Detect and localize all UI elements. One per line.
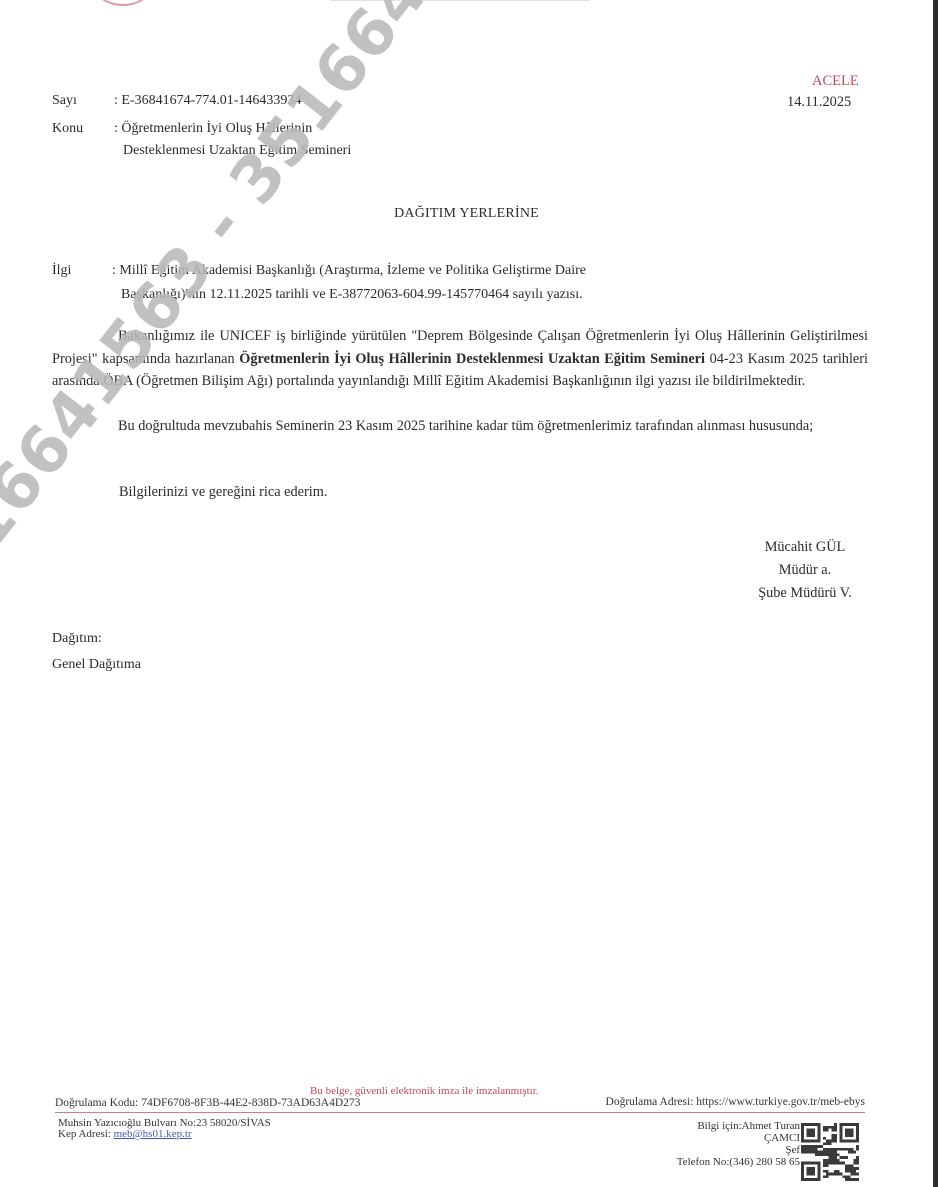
paragraph-2-text: Bu doğrultuda mevzubahis Seminerin 23 Ka…	[118, 418, 813, 434]
kep-label: Kep Adresi:	[58, 1128, 114, 1140]
seminar-title: Öğretmenlerin İyi Oluş Hâllerinin Destek…	[239, 351, 705, 367]
contact-phone: Telefon No:(346) 280 58 65	[677, 1156, 800, 1168]
kep-address: Kep Adresi: meb@hs01.kep.tr	[58, 1129, 192, 1140]
ilgi-label: İlgi	[52, 263, 71, 279]
header-text-cropped	[330, 0, 590, 1]
sayi-value: : E-36841674-774.01-146433934	[114, 93, 301, 109]
contact-title: Şef	[677, 1144, 800, 1156]
document-page: ACELE 14.11.2025 Sayı : E-36841674-774.0…	[0, 0, 933, 1187]
signatory-title-1: Müdür a.	[700, 559, 870, 582]
konu-line-2: Desteklenmesi Uzaktan Eğitim Semineri	[123, 143, 351, 159]
verification-code: Doğrulama Kodu: 74DF6708-8F3B-44E2-838D-…	[55, 1098, 360, 1109]
sayi-label: Sayı	[52, 93, 77, 109]
signatory-title-2: Şube Müdürü V.	[700, 582, 870, 605]
closing-sentence: Bilgilerinizi ve gereğini rica ederim.	[119, 483, 327, 501]
distribution-block: Dağıtım: Genel Dağıtıma	[52, 626, 141, 678]
priority-label: ACELE	[812, 72, 859, 90]
body-paragraph-1: Bakanlığımız ile UNICEF iş birliğinde yü…	[52, 325, 868, 393]
body-paragraph-2: Bu doğrultuda mevzubahis Seminerin 23 Ka…	[52, 415, 868, 438]
contact-info: Bilgi için:Ahmet Turan ÇAMCI Şef Telefon…	[677, 1120, 800, 1168]
contact-name: Bilgi için:Ahmet Turan	[677, 1120, 800, 1132]
e-signature-note: Bu belge, güvenli elektronik imza ile im…	[310, 1086, 539, 1097]
document-date: 14.11.2025	[787, 93, 851, 111]
ministry-logo	[93, 0, 153, 6]
contact-surname: ÇAMCI	[677, 1132, 800, 1144]
ilgi-line-2: Başkanlığı)'nın 12.11.2025 tarihli ve E-…	[121, 287, 583, 303]
document-footer: Bu belge, güvenli elektronik imza ile im…	[0, 1080, 933, 1187]
page-edge-border	[933, 0, 938, 1187]
signatory-name: Mücahit GÜL	[700, 536, 870, 559]
addressee-title: DAĞITIM YERLERİNE	[0, 206, 933, 222]
kep-link[interactable]: meb@hs01.kep.tr	[114, 1128, 192, 1140]
distribution-value: Genel Dağıtıma	[52, 652, 141, 678]
konu-line-1: : Öğretmenlerin İyi Oluş Hâllerinin	[114, 121, 312, 137]
signature-block: Mücahit GÜL Müdür a. Şube Müdürü V.	[700, 536, 870, 605]
qr-code-icon	[801, 1122, 859, 1182]
ilgi-line-1: : Millî Eğitim Akademisi Başkanlığı (Ara…	[112, 263, 586, 279]
verification-address: Doğrulama Adresi: https://www.turkiye.go…	[606, 1097, 865, 1108]
konu-label: Konu	[52, 121, 83, 137]
distribution-label: Dağıtım:	[52, 626, 141, 652]
footer-divider	[55, 1112, 865, 1113]
